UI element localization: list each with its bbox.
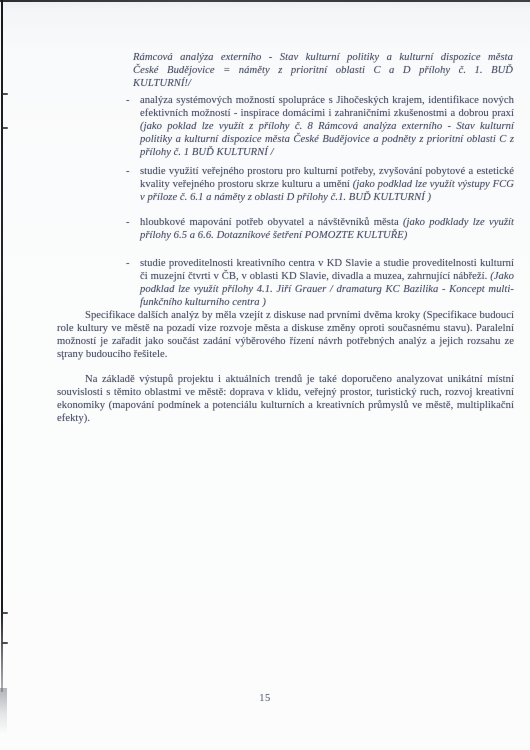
- body-paragraph: Na základě výstupů projektu i aktuálních…: [57, 374, 514, 426]
- body-paragraph: Specifikace dalších analýz by měla vzejí…: [57, 310, 514, 362]
- text-run: Specifikace dalších analýz by měla vzejí…: [57, 310, 514, 360]
- scanned-document-page: Rámcová analýza externího - Stav kulturn…: [0, 0, 530, 750]
- text-run: Na základě výstupů projektu i aktuálních…: [57, 374, 514, 424]
- page-number: 15: [0, 693, 530, 704]
- body-paragraphs: Specifikace dalších analýz by měla vzejí…: [0, 0, 530, 750]
